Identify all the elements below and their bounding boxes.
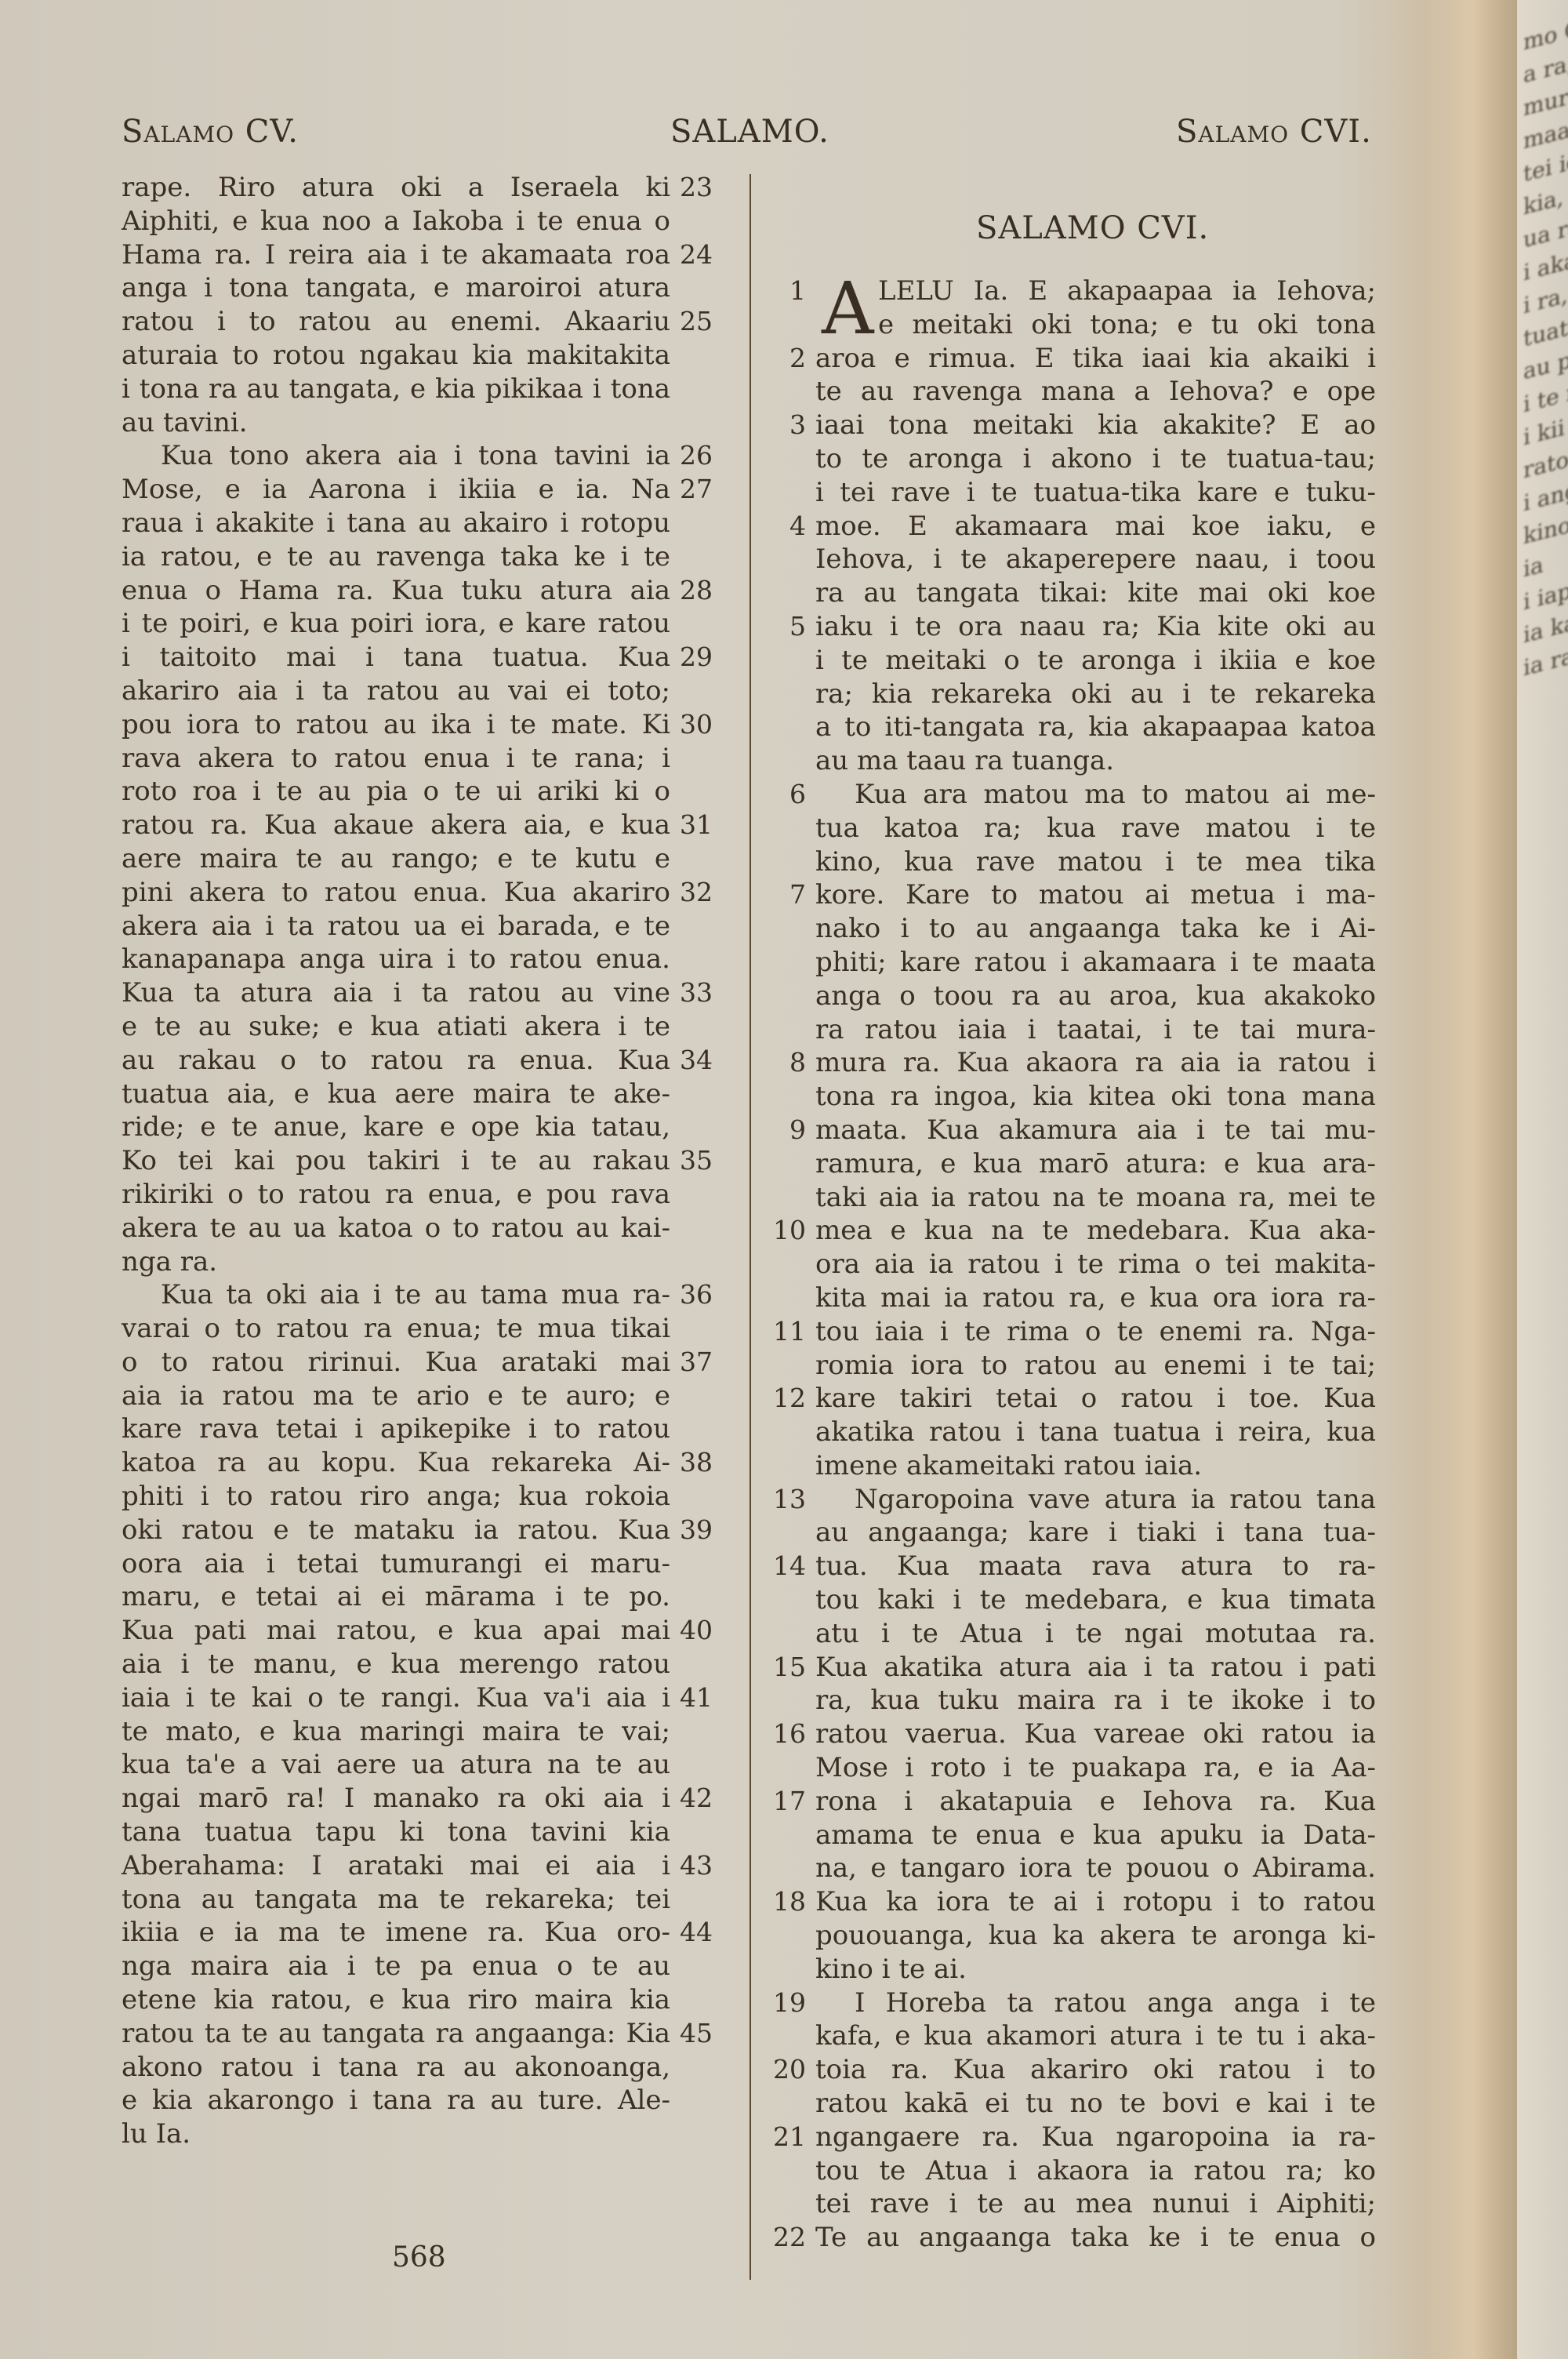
verse-number: 40 (680, 1614, 713, 1648)
verse-number: 23 (680, 171, 713, 205)
text-line: tou iaia i te rima o te enemi ra. Nga-11 (776, 1315, 1388, 1349)
line-text: kare rava tetai i apikepike i to ratou (122, 1412, 670, 1446)
facing-page-line: ia kai o (1523, 611, 1568, 649)
text-line: roto roa i te au pia o te ui ariki ki o (122, 775, 741, 809)
line-text: ratou ra. Kua akaue akera aia, e kua (122, 809, 670, 842)
line-text: toia ra. Kua akariro oki ratou i to (815, 2053, 1376, 2087)
line-text: tuatua aia, e kua aere maira te ake- (122, 1078, 670, 1111)
line-text: Kua pati mai ratou, e kua apai mai (122, 1614, 670, 1648)
text-line: e kia akarongo i tana ra au ture. Ale- (122, 2084, 741, 2117)
text-line: i te poiri, e kua poiri iora, e kare rat… (122, 607, 741, 641)
line-text: amama te enua e kua apuku ia Data- (815, 1819, 1376, 1852)
line-text: Mose i roto i te puakapa ra, e ia Aa- (815, 1751, 1376, 1785)
verse-number: 7 (789, 878, 806, 912)
line-text: te au ravenga mana a Iehova? e ope (815, 375, 1376, 409)
left-column: rape. Riro atura oki a Iseraela ki23Aiph… (122, 171, 741, 2151)
line-text: tona ra ingoa, kia kitea oki tona mana (815, 1080, 1376, 1114)
line-text: Aberahama: I arataki mai ei aia i (122, 1849, 670, 1883)
column-divider-rule (750, 174, 751, 2280)
line-text: pououanga, kua ka akera te aronga ki- (815, 1919, 1376, 1953)
text-line: moe. E akamaara mai koe iaku, e4 (776, 510, 1388, 543)
line-text: tana tuatua tapu ki tona tavini kia (122, 1816, 670, 1849)
line-text: Kua ara matou ma to matou ai me- (815, 778, 1376, 812)
text-line: kafa, e kua akamori atura i te tu i aka- (776, 2019, 1388, 2053)
verse-number: 42 (680, 1782, 713, 1816)
text-line: iaai tona meitaki kia akakite? E ao3 (776, 409, 1388, 442)
line-text: ra, kua tuku maira ra i te ikoke i to (815, 1684, 1376, 1717)
line-text: rona i akatapuia e Iehova ra. Kua (815, 1785, 1376, 1819)
verse-number: 18 (773, 1885, 806, 1919)
text-line: i tei rave i te tuatua-tika kare e tuku- (776, 476, 1388, 510)
line-text: kafa, e kua akamori atura i te tu i aka- (815, 2019, 1376, 2053)
verse-number: 28 (680, 574, 713, 608)
verse-number: 39 (680, 1514, 713, 1547)
text-line: i te meitaki o te aronga i ikiia e koe (776, 644, 1388, 678)
verse-number: 30 (680, 708, 713, 742)
verse-number: 4 (789, 510, 806, 543)
facing-page-line: i anga i (1523, 479, 1568, 517)
text-line: aere maira te au rango; e te kutu e (122, 842, 741, 876)
line-text: etene kia ratou, e kua riro maira kia (122, 1983, 670, 2017)
facing-page-line: mo CVI. (1523, 18, 1568, 56)
text-line: na, e tangaro iora te pouou o Abirama. (776, 1852, 1388, 1885)
text-line: au tavini. (122, 406, 741, 440)
text-line: aia ia ratou ma te ario e te auro; e (122, 1379, 741, 1413)
verse-number: 15 (773, 1651, 806, 1685)
text-line: kita mai ia ratou ra, e kua ora iora ra- (776, 1281, 1388, 1315)
text-line: mura ra. Kua akaora ra aia ia ratou i8 (776, 1046, 1388, 1080)
line-text: anga i tona tangata, e maroiroi atura (122, 271, 670, 305)
text-line: akatika ratou i tana tuatua i reira, kua (776, 1416, 1388, 1449)
text-line: oki ratou e te mataku ia ratou. Kua39 (122, 1514, 741, 1547)
line-text: ride; e te anue, kare e ope kia tatau, (122, 1110, 670, 1144)
line-text: iaia i te kai o te rangi. Kua va'i aia i (122, 1681, 670, 1715)
line-text: ora aia ia ratou i te rima o tei makita- (815, 1248, 1376, 1281)
line-text: au angaanga; kare i tiaki i tana tua- (815, 1516, 1376, 1550)
line-text: tei rave i te au mea nunui i Aiphiti; (815, 2187, 1376, 2221)
verse-number: 36 (680, 1278, 713, 1312)
text-line: anga o toou ra au aroa, kua akakoko (776, 980, 1388, 1013)
text-line: ratou ra. Kua akaue akera aia, e kua31 (122, 809, 741, 842)
line-text: Kua ta atura aia i ta ratou au vine (122, 976, 670, 1010)
verse-number: 25 (680, 305, 713, 339)
line-text: ikiia e ia ma te imene ra. Kua oro- (122, 1916, 670, 1950)
facing-page-line: ia ratou (1523, 644, 1568, 682)
text-line: Kua pati mai ratou, e kua apai mai40 (122, 1614, 741, 1648)
line-text: tua. Kua maata rava atura to ra- (815, 1550, 1376, 1583)
facing-page-line: muramura ra. (1523, 84, 1568, 122)
line-text: Ko tei kai pou takiri i te au rakau (122, 1144, 670, 1178)
text-line: ra au tangata tikai: kite mai oki koe (776, 576, 1388, 610)
text-line: ra ratou iaia i taatai, i te tai mura- (776, 1013, 1388, 1047)
text-line: anga i tona tangata, e maroiroi atura (122, 271, 741, 305)
text-line: rava akera to ratou enua i te rana; i (122, 742, 741, 776)
line-text: oora aia i tetai tumurangi ei maru- (122, 1547, 670, 1581)
text-line: tana tuatua tapu ki tona tavini kia (122, 1816, 741, 1849)
text-line: raua i akakite i tana au akairo i rotopu (122, 507, 741, 540)
line-text: LELU Ia. E akapaapaa ia Iehova; (815, 274, 1376, 308)
line-text: na, e tangaro iora te pouou o Abirama. (815, 1852, 1376, 1885)
text-line: kua ta'e a vai aere ua atura na te au (122, 1748, 741, 1782)
line-text: katoa ra au kopu. Kua rekareka Ai- (122, 1446, 670, 1480)
line-text: tou te Atua i akaora ia ratou ra; ko (815, 2154, 1376, 2188)
text-line: aia i te manu, e kua merengo ratou (122, 1648, 741, 1681)
facing-page-line: i te reo (1523, 380, 1568, 418)
line-text: nga ra. (122, 1245, 670, 1279)
line-text: pou iora to ratou au ika i te mate. Ki (122, 708, 670, 742)
text-line: aturaia to rotou ngakau kia makitakita (122, 339, 741, 373)
text-line: lu Ia. (122, 2117, 741, 2151)
line-text: tona au tangata ma te rekareka; tei (122, 1883, 670, 1917)
text-line: Kua ta oki aia i te au tama mua ra-36 (122, 1278, 741, 1312)
line-text: iaai tona meitaki kia akakite? E ao (815, 409, 1376, 442)
text-line: au angaanga; kare i tiaki i tana tua- (776, 1516, 1388, 1550)
verse-number: 9 (789, 1114, 806, 1147)
text-line: te mato, e kua maringi maira te vai; (122, 1715, 741, 1749)
right-column: LELU Ia. E akapaapaa ia Iehova;1e meitak… (776, 171, 1388, 2255)
line-text: ngai marō ra! I manako ra oki aia i (122, 1782, 670, 1816)
text-line: pououanga, kua ka akera te aronga ki- (776, 1919, 1388, 1953)
facing-page-line: i kii aia i to (1523, 413, 1568, 451)
verse-number: 26 (680, 439, 713, 473)
line-text: kare takiri tetai o ratou i toe. Kua (815, 1382, 1376, 1416)
line-text: kino i te ai. (815, 1953, 1376, 1986)
text-line: atu i te Atua i te ngai motutaa ra. (776, 1617, 1388, 1651)
text-line: amama te enua e kua apuku ia Data- (776, 1819, 1388, 1852)
line-text: phiti i to ratou riro anga; kua rokoia (122, 1480, 670, 1514)
line-text: akera aia i ta ratou ua ei barada, e te (122, 910, 670, 943)
text-line: kore. Kare to matou ai metua i ma-7 (776, 878, 1388, 912)
line-text: varai o to ratou ra enua; te mua tikai (122, 1312, 670, 1346)
running-head-center: SALAMO. (670, 114, 829, 150)
text-line: ramura, e kua marō atura: e kua ara- (776, 1147, 1388, 1181)
text-line: Aiphiti, e kua noo a Iakoba i te enua o (122, 205, 741, 238)
verse-number: 17 (773, 1785, 806, 1819)
facing-page-edge: mo CVI.a ra; te aumuramura ra.maata rava… (1517, 0, 1568, 2359)
line-text: I Horeba ta ratou anga anga i te (815, 1986, 1376, 2020)
verse-number: 20 (773, 2053, 806, 2087)
text-line: iaku i te ora naau ra; Kia kite oki au5 (776, 610, 1388, 644)
text-line: katoa ra au kopu. Kua rekareka Ai-38 (122, 1446, 741, 1480)
text-line: akera te au ua katoa o to ratou au kai- (122, 1212, 741, 1245)
text-line: ia ratou, e te au ravenga taka ke i te (122, 540, 741, 574)
line-text: oki ratou e te mataku ia ratou. Kua (122, 1514, 670, 1547)
facing-page-line: tei io Mose (1523, 150, 1568, 187)
text-line: kare rava tetai i apikepike i to ratou (122, 1412, 741, 1446)
running-head-right: Salamo CVI. (1176, 114, 1372, 150)
line-text: to te aronga i akono i te tuatua-tau; (815, 442, 1376, 476)
line-text: te mato, e kua maringi maira te vai; (122, 1715, 670, 1749)
line-text: kino, kua rave matou i te mea tika (815, 845, 1376, 879)
facing-page-line: a ra; te au (1523, 51, 1568, 89)
line-text: i tei rave i te tuatua-tika kare e tuku- (815, 476, 1376, 510)
verse-number: 11 (773, 1315, 806, 1349)
text-line: Kua tono akera aia i tona tavini ia26 (122, 439, 741, 473)
line-text: aia ia ratou ma te ario e te auro; e (122, 1379, 670, 1413)
verse-number: 8 (789, 1046, 806, 1080)
text-line: kino, kua rave matou i te mea tika (776, 845, 1388, 879)
text-line: Mose i roto i te puakapa ra, e ia Aa- (776, 1751, 1388, 1785)
text-line: a to iti-tangata ra, kia akapaapaa katoa (776, 711, 1388, 744)
text-line: akera aia i ta ratou ua ei barada, e te (122, 910, 741, 943)
line-text: atu i te Atua i te ngai motutaa ra. (815, 1617, 1376, 1651)
verse-number: 38 (680, 1446, 713, 1480)
text-line: nga maira aia i te pa enua o te au (122, 1950, 741, 1983)
text-line: ratou i to ratou au enemi. Akaariu25 (122, 305, 741, 339)
verse-number: 27 (680, 473, 713, 507)
line-text: iaku i te ora naau ra; Kia kite oki au (815, 610, 1376, 644)
line-text: tou kaki i te medebara, e kua timata (815, 1583, 1376, 1617)
text-line: e te au suke; e kua atiati akera i te (122, 1010, 741, 1044)
line-text: romia iora to ratou au enemi i te tai; (815, 1349, 1376, 1383)
line-text: akariro aia i ta ratou au vai ei toto; (122, 674, 670, 708)
text-line: imene akameitaki ratou iaia. (776, 1449, 1388, 1483)
text-line: nako i to au angaanga taka ke i Ai- (776, 912, 1388, 946)
text-line: Iehova, i te akaperepere naau, i toou (776, 543, 1388, 576)
line-text: roto roa i te au pia o te ui ariki ki o (122, 775, 670, 809)
text-line: phiti; kare ratou i akamaara i te maata (776, 946, 1388, 980)
line-text: ra ratou iaia i taatai, i te tai mura- (815, 1013, 1376, 1047)
verse-number: 31 (680, 809, 713, 842)
verse-number: 32 (680, 876, 713, 910)
text-line: Hama ra. I reira aia i te akamaata roa24 (122, 238, 741, 272)
text-line: akariro aia i ta ratou au vai ei toto; (122, 674, 741, 708)
line-text: i taitoito mai i tana tuatua. Kua (122, 641, 670, 674)
line-text: i te poiri, e kua poiri iora, e kare rat… (122, 607, 670, 641)
line-text: Aiphiti, e kua noo a Iakoba i te enua o (122, 205, 670, 238)
text-line: ratou kakā ei tu no te bovi e kai i te (776, 2087, 1388, 2121)
line-text: kita mai ia ratou ra, e kua ora iora ra- (815, 1281, 1376, 1315)
line-text: ratou kakā ei tu no te bovi e kai i te (815, 2087, 1376, 2121)
text-line: Kua ta atura aia i ta ratou au vine33 (122, 976, 741, 1010)
facing-page-line: kia, ei akat (1523, 183, 1568, 220)
text-line: mea e kua na te medebara. Kua aka-10 (776, 1214, 1388, 1248)
line-text: au tavini. (122, 406, 670, 440)
line-text: mura ra. Kua akaora ra aia ia ratou i (815, 1046, 1376, 1080)
text-line: kare takiri tetai o ratou i toe. Kua12 (776, 1382, 1388, 1416)
text-line: ratou ta te au tangata ra angaanga: Kia4… (122, 2017, 741, 2051)
verse-number: 3 (789, 409, 806, 442)
line-text: maata. Kua akamura aia i te tai mu- (815, 1114, 1376, 1147)
facing-page-line: maata rava (1523, 117, 1568, 154)
verse-number: 24 (680, 238, 713, 272)
text-line: romia iora to ratou au enemi i te tai; (776, 1349, 1388, 1383)
text-line: au rakau o to ratou ra enua. Kua34 (122, 1044, 741, 1078)
text-line: I Horeba ta ratou anga anga i te19 (776, 1986, 1388, 2020)
line-text: tua katoa ra; kua rave matou i te (815, 812, 1376, 845)
text-line: ratou vaerua. Kua vareae oki ratou ia16 (776, 1717, 1388, 1751)
verse-number: 6 (789, 778, 806, 812)
line-text: imene akameitaki ratou iaia. (815, 1449, 1376, 1483)
text-line: ora aia ia ratou i te rima o tei makita- (776, 1248, 1388, 1281)
line-text: akera te au ua katoa o to ratou au kai- (122, 1212, 670, 1245)
line-text: Hama ra. I reira aia i te akamaata roa (122, 238, 670, 272)
line-text: Iehova, i te akaperepere naau, i toou (815, 543, 1376, 576)
line-text: enua o Hama ra. Kua tuku atura aia (122, 574, 670, 608)
line-text: Ngaropoina vave atura ia ratou tana (815, 1483, 1376, 1517)
facing-page-line: au puak (1523, 347, 1568, 385)
text-line: tuatua aia, e kua aere maira te ake- (122, 1078, 741, 1111)
facing-page-line: i akanavaa (1523, 249, 1568, 286)
line-text: pini akera to ratou enua. Kua akariro (122, 876, 670, 910)
line-text: aia i te manu, e kua merengo ratou (122, 1648, 670, 1681)
line-text: ratou i to ratou au enemi. Akaariu (122, 305, 670, 339)
text-line: i tona ra au tangata, e kia pikikaa i to… (122, 373, 741, 406)
text-line: au ma taau ra tuanga. (776, 744, 1388, 778)
text-line: to te aronga i akono i te tuatua-tau; (776, 442, 1388, 476)
text-line: tona au tangata ma te rekareka; tei (122, 1883, 741, 1917)
text-line: pou iora to ratou au ika i te mate. Ki30 (122, 708, 741, 742)
verse-number: 29 (680, 641, 713, 674)
line-text: ngangaere ra. Kua ngaropoina ia ra- (815, 2121, 1376, 2154)
text-line: Kua ka iora te ai i rotopu i to ratou18 (776, 1885, 1388, 1919)
verse-number: 35 (680, 1144, 713, 1178)
facing-page-line: ratou i te r (1523, 446, 1568, 484)
text-line: enua o Hama ra. Kua tuku atura aia28 (122, 574, 741, 608)
line-text: aere maira te au rango; e te kutu e (122, 842, 670, 876)
text-line: rape. Riro atura oki a Iseraela ki23 (122, 171, 741, 205)
text-line: tona ra ingoa, kia kitea oki tona mana (776, 1080, 1388, 1114)
line-text: ratou ta te au tangata ra angaanga: Kia (122, 2017, 670, 2051)
verse-number: 21 (773, 2121, 806, 2154)
line-text: akono ratou i tana ra au akonoanga, (122, 2051, 670, 2085)
text-line: maata. Kua akamura aia i te tai mu-9 (776, 1114, 1388, 1147)
line-text: kanapanapa anga uira i to ratou enua. (122, 943, 670, 976)
line-text: rikiriki o to ratou ra enua, e pou rava (122, 1178, 670, 1212)
verse-number: 12 (773, 1382, 806, 1416)
text-line: taki aia ia ratou na te moana ra, mei te (776, 1181, 1388, 1215)
text-line: Ngaropoina vave atura ia ratou tana13 (776, 1483, 1388, 1517)
verse-number: 22 (773, 2221, 806, 2255)
line-text: Mose, e ia Aarona i ikiia e ia. Na (122, 473, 670, 507)
text-line: akono ratou i tana ra au akonoanga, (122, 2051, 741, 2085)
text-line: ra, kua tuku maira ra i te ikoke i to (776, 1684, 1388, 1717)
verse-number: 2 (789, 342, 806, 376)
facing-page-line: ia (1523, 545, 1568, 583)
text-line: Kua ara matou ma to matou ai me-6 (776, 778, 1388, 812)
line-text: e kia akarongo i tana ra au ture. Ale- (122, 2084, 670, 2117)
verse-number: 33 (680, 976, 713, 1010)
line-text: rava akera to ratou enua i te rana; i (122, 742, 670, 776)
line-text: Te au angaanga taka ke i te enua o (815, 2221, 1376, 2255)
text-line: ikiia e ia ma te imene ra. Kua oro-44 (122, 1916, 741, 1950)
text-line: Aberahama: I arataki mai ei aia i43 (122, 1849, 741, 1883)
text-line: ride; e te anue, kare e ope kia tatau, (122, 1110, 741, 1144)
line-text: lu Ia. (122, 2117, 670, 2151)
line-text: maru, e tetai ai ei mārama i te po. (122, 1580, 670, 1614)
text-line: tei rave i te au mea nunui i Aiphiti; (776, 2187, 1388, 2221)
text-line: varai o to ratou ra enua; te mua tikai (122, 1312, 741, 1346)
verse-number: 10 (773, 1214, 806, 1248)
text-line: ngangaere ra. Kua ngaropoina ia ra-21 (776, 2121, 1388, 2154)
line-text: taki aia ia ratou na te moana ra, mei te (815, 1181, 1376, 1215)
verse-number: 1 (789, 274, 806, 308)
text-line: toia ra. Kua akariro oki ratou i to20 (776, 2053, 1388, 2087)
line-text: au ma taau ra tuanga. (815, 744, 1376, 778)
text-line: ra; kia rekareka oki au i te rekareka (776, 678, 1388, 711)
line-text: i te meitaki o te aronga i ikiia e koe (815, 644, 1376, 678)
line-text: e te au suke; e kua atiati akera i te (122, 1010, 670, 1044)
verse-number: 37 (680, 1346, 713, 1379)
line-text: ra au tangata tikai: kite mai oki koe (815, 576, 1376, 610)
verse-number: 44 (680, 1916, 713, 1950)
text-line: etene kia ratou, e kua riro maira kia (122, 1983, 741, 2017)
line-text: mea e kua na te medebara. Kua aka- (815, 1214, 1376, 1248)
line-text: a to iti-tangata ra, kia akapaapaa katoa (815, 711, 1376, 744)
verse-number: 13 (773, 1483, 806, 1517)
drop-cap: A (822, 273, 873, 345)
line-text: ia ratou, e te au ravenga taka ke i te (122, 540, 670, 574)
text-line: nga ra. (122, 1245, 741, 1279)
line-text: raua i akakite i tana au akairo i rotopu (122, 507, 670, 540)
text-line: rona i akatapuia e Iehova ra. Kua17 (776, 1785, 1388, 1819)
line-text: Kua tono akera aia i tona tavini ia (122, 439, 670, 473)
line-text: kore. Kare to matou ai metua i ma- (815, 878, 1376, 912)
line-text: aroa e rimua. E tika iaai kia akaiki i (815, 342, 1376, 376)
line-text: tou iaia i te rima o te enemi ra. Nga- (815, 1315, 1376, 1349)
line-text: nako i to au angaanga taka ke i Ai- (815, 912, 1376, 946)
line-text: au rakau o to ratou ra enua. Kua (122, 1044, 670, 1078)
text-line: iaia i te kai o te rangi. Kua va'i aia i… (122, 1681, 741, 1715)
text-line: Kua akatika atura aia i ta ratou i pati1… (776, 1651, 1388, 1685)
text-line: tua. Kua maata rava atura to ra-14 (776, 1550, 1388, 1583)
psalm-title: SALAMO CVI. (976, 210, 1209, 246)
line-text: e meitaki oki tona; e tu oki tona (815, 308, 1376, 342)
text-line: te au ravenga mana a Iehova? e ope (776, 375, 1388, 409)
text-line: Ko tei kai pou takiri i te au rakau35 (122, 1144, 741, 1178)
verse-number: 41 (680, 1681, 713, 1715)
verse-number: 14 (773, 1550, 806, 1583)
text-line: ngai marō ra! I manako ra oki aia i42 (122, 1782, 741, 1816)
facing-page-line: ua ra. (1523, 216, 1568, 253)
line-text: moe. E akamaara mai koe iaku, e (815, 510, 1376, 543)
line-text: ramura, e kua marō atura: e kua ara- (815, 1147, 1376, 1181)
line-text: o to ratou ririnui. Kua arataki mai (122, 1346, 670, 1379)
line-text: Kua ka iora te ai i rotopu i to ratou (815, 1885, 1376, 1919)
running-head-left: Salamo CV. (122, 114, 299, 150)
verse-number: 5 (789, 610, 806, 644)
verse-number: 34 (680, 1044, 713, 1078)
verse-number: 19 (773, 1986, 806, 2020)
line-text: kua ta'e a vai aere ua atura na te au (122, 1748, 670, 1782)
line-text: i tona ra au tangata, e kia pikikaa i to… (122, 373, 670, 406)
verse-number: 16 (773, 1717, 806, 1751)
text-line: pini akera to ratou enua. Kua akariro32 (122, 876, 741, 910)
text-line: oora aia i tetai tumurangi ei maru- (122, 1547, 741, 1581)
facing-page-line: tuatua: K (1523, 314, 1568, 352)
text-line: Mose, e ia Aarona i ikiia e ia. Na27 (122, 473, 741, 507)
text-line: rikiriki o to ratou ra enua, e pou rava (122, 1178, 741, 1212)
text-line: Te au angaanga taka ke i te enua o22 (776, 2221, 1388, 2255)
text-line: maru, e tetai ai ei mārama i te po. (122, 1580, 741, 1614)
line-text: aturaia to rotou ngakau kia makitakita (122, 339, 670, 373)
line-text: Kua ta oki aia i te au tama mua ra- (122, 1278, 670, 1312)
line-text: Kua akatika atura aia i ta ratou i pati (815, 1651, 1376, 1685)
facing-page-line: kinokino (1523, 512, 1568, 550)
text-line: o to ratou ririnui. Kua arataki mai37 (122, 1346, 741, 1379)
facing-page-line: i ra, kare (1523, 282, 1568, 319)
line-text: anga o toou ra au aroa, kua akakoko (815, 980, 1376, 1013)
line-text: akatika ratou i tana tuatua i reira, kua (815, 1416, 1376, 1449)
text-line: tou kaki i te medebara, e kua timata (776, 1583, 1388, 1617)
line-text: phiti; kare ratou i akamaara i te maata (815, 946, 1376, 980)
text-line: phiti i to ratou riro anga; kua rokoia (122, 1480, 741, 1514)
line-text: ra; kia rekareka oki au i te rekareka (815, 678, 1376, 711)
facing-page-line: i iapiii o (1523, 578, 1568, 616)
text-line: i taitoito mai i tana tuatua. Kua29 (122, 641, 741, 674)
text-line: tou te Atua i akaora ia ratou ra; ko (776, 2154, 1388, 2188)
text-line: kanapanapa anga uira i to ratou enua. (122, 943, 741, 976)
